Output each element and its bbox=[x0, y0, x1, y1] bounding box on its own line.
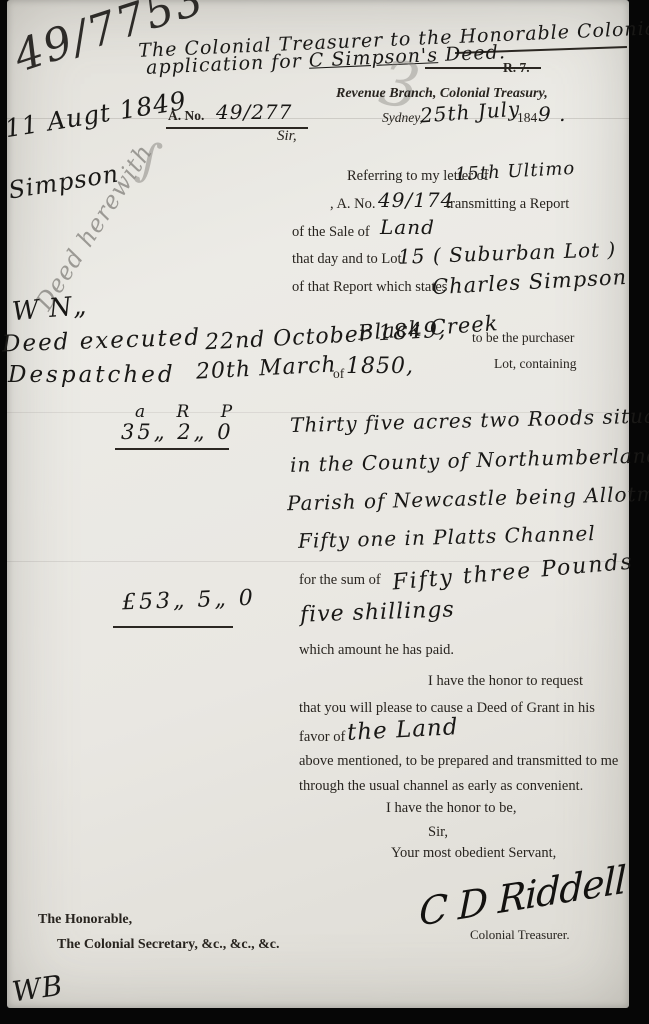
area-value: 35„ 2„ 0 bbox=[121, 420, 234, 444]
letterhead-year: 184 bbox=[517, 110, 537, 126]
signer-title: Colonial Treasurer. bbox=[470, 927, 570, 943]
body-line7-printed-a: of bbox=[333, 366, 344, 382]
body-line7-printed-b: Lot, containing bbox=[494, 356, 576, 372]
addressee-line2: The Colonial Secretary, &c., &c., &c. bbox=[57, 937, 280, 953]
letterhead-place: Sydney, bbox=[382, 110, 423, 126]
body-line3-printed: of the Sale of bbox=[292, 224, 370, 241]
closing-line2: Sir, bbox=[428, 824, 448, 841]
request-line3-printed: favor of bbox=[299, 729, 345, 746]
request-line4: above mentioned, to be prepared and tran… bbox=[299, 753, 618, 770]
letterhead-year-digit: 9 . bbox=[538, 102, 566, 126]
reference-label: A. No. bbox=[168, 108, 204, 124]
body-line4-printed: that day and to Lot bbox=[292, 251, 402, 268]
salutation: Sir, bbox=[277, 128, 297, 145]
body-line2-handwritten: 49/174 bbox=[378, 188, 454, 212]
docket-line2-suffix: Deed. bbox=[437, 41, 506, 66]
request-line1: I have the honor to request bbox=[428, 673, 583, 690]
closing-line3: Your most obedient Servant, bbox=[391, 845, 556, 862]
sum-printed: for the sum of bbox=[299, 572, 381, 589]
despatched-note: Despatched bbox=[8, 362, 176, 388]
body-line3-handwritten: Land bbox=[380, 215, 435, 239]
body-line6-printed: to be the purchaser bbox=[472, 330, 574, 346]
paid-statement: which amount he has paid. bbox=[299, 642, 454, 659]
scanned-letter: The Colonial Treasurer to the Honorable … bbox=[0, 0, 649, 1024]
body-line5-printed: of that Report which states bbox=[292, 279, 447, 296]
area-heading: a R P bbox=[135, 402, 245, 422]
paper-number: R. 7. bbox=[503, 60, 530, 76]
body-line2-printed-b: transmitting a Report bbox=[446, 196, 569, 213]
area-underline bbox=[115, 448, 229, 450]
amount-figures: £53„ 5„ 0 bbox=[122, 586, 257, 616]
body-line7-handwritten: 1850, bbox=[346, 354, 414, 379]
request-line5: through the usual channel as early as co… bbox=[299, 778, 583, 795]
body-line2-printed-a: , A. No. bbox=[330, 196, 376, 213]
reference-number: 49/277 bbox=[216, 100, 292, 124]
addressee-line1: The Honorable, bbox=[38, 912, 132, 928]
amount-underline bbox=[113, 626, 233, 628]
closing-line1: I have the honor to be, bbox=[386, 800, 516, 817]
